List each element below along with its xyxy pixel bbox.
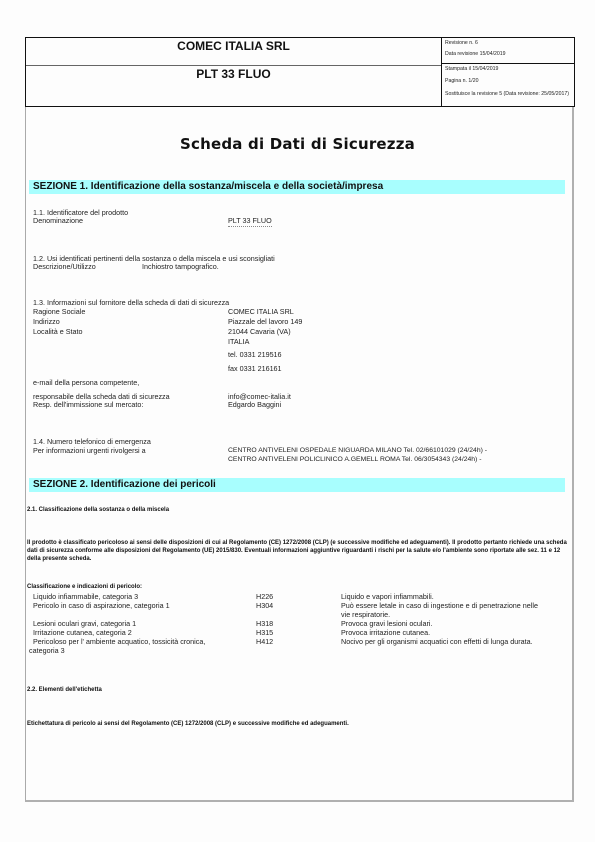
- hazard-statement-0: Liquido e vapori infiammabili.: [341, 592, 434, 601]
- product-name-value: PLT 33 FLUO: [228, 216, 272, 227]
- hazard-class-0: Liquido infiammabile, categoria 3: [33, 592, 138, 601]
- s1-3-heading: 1.3. Informazioni sul fornitore della sc…: [33, 298, 229, 307]
- hazard-class-1: Pericolo in caso di aspirazione, categor…: [33, 601, 170, 610]
- classification-paragraph: Il prodotto è classificato pericoloso ai…: [27, 539, 572, 564]
- product-name: PLT 33 FLUO: [26, 67, 441, 81]
- supplier-value-1: Piazzale del lavoro 149: [228, 317, 302, 326]
- hazard-class-3: Irritazione cutanea, categoria 2: [33, 628, 132, 637]
- section-2-header: SEZIONE 2. Identificazione dei pericoli: [29, 478, 565, 492]
- email-label-1: e-mail della persona competente,: [33, 378, 139, 387]
- supplier-fax: fax 0331 216161: [228, 364, 282, 373]
- meta-divider: [442, 63, 574, 64]
- replaces-revision: Sostituisce la revisione 5 (Data revisio…: [445, 91, 571, 97]
- hazard-code-4: H412: [256, 637, 273, 646]
- supplier-country: ITALIA: [228, 337, 249, 346]
- header-left: COMEC ITALIA SRL PLT 33 FLUO: [26, 38, 442, 106]
- hazard-statement-1b: vie respiratorie.: [341, 610, 390, 619]
- company-name: COMEC ITALIA SRL: [26, 39, 441, 53]
- hazard-code-3: H315: [256, 628, 273, 637]
- hazard-statement-2: Provoca gravi lesioni oculari.: [341, 619, 432, 628]
- supplier-label-0: Ragione Sociale: [33, 307, 85, 316]
- document-header: COMEC ITALIA SRL PLT 33 FLUO Revisione n…: [25, 37, 575, 107]
- hazard-statement-1: Può essere letale in caso di ingestione …: [341, 601, 538, 610]
- supplier-value-0: COMEC ITALIA SRL: [228, 307, 294, 316]
- hazard-code-0: H226: [256, 592, 273, 601]
- supplier-label-2: Località e Stato: [33, 327, 83, 336]
- hazard-statement-3: Provoca irritazione cutanea.: [341, 628, 430, 637]
- supplier-value-2: 21044 Cavaria (VA): [228, 327, 291, 336]
- denominazione-value: PLT 33 FLUO: [228, 216, 272, 225]
- usage-value: Inchiostro tampografico.: [142, 262, 219, 271]
- revision-date: Data revisione 15/04/2019: [445, 51, 571, 57]
- supplier-label-1: Indirizzo: [33, 317, 60, 326]
- hazard-code-2: H318: [256, 619, 273, 628]
- hazard-statement-4: Nocivo per gli organismi acquatici con e…: [341, 637, 533, 646]
- hazard-class-2: Lesioni oculari gravi, categoria 1: [33, 619, 136, 628]
- classification-heading: Classificazione e indicazioni di pericol…: [27, 583, 142, 591]
- hazard-class-4b: categoria 3: [29, 646, 65, 655]
- section-1-header: SEZIONE 1. Identificazione della sostanz…: [29, 180, 565, 194]
- header-meta: Revisione n. 6 Data revisione 15/04/2019…: [442, 38, 574, 106]
- market-value: Edgardo Baggini: [228, 400, 281, 409]
- denominazione-label: Denominazione: [33, 216, 83, 225]
- market-label: Resp. dell'immissione sul mercato:: [33, 400, 143, 409]
- header-company-row: COMEC ITALIA SRL: [26, 38, 441, 66]
- labelling-text: Etichettatura di pericolo ai sensi del R…: [27, 720, 349, 728]
- revision-number: Revisione n. 6: [445, 40, 571, 46]
- emergency-line-0: CENTRO ANTIVELENI OSPEDALE NIGUARDA MILA…: [228, 446, 487, 455]
- section-2-title: SEZIONE 2. Identificazione dei pericoli: [33, 478, 216, 492]
- hazard-class-4: Pericoloso per l' ambiente acquatico, to…: [33, 637, 205, 646]
- usage-label: Descrizione/Utilizzo: [33, 262, 96, 271]
- page-number: Pagina n. 1/20: [445, 78, 571, 84]
- s1-4-heading: 1.4. Numero telefonico di emergenza: [33, 437, 151, 446]
- s2-2-heading: 2.2. Elementi dell'etichetta: [27, 686, 102, 694]
- s2-1-heading: 2.1. Classificazione della sostanza o de…: [27, 506, 169, 514]
- hazard-code-1: H304: [256, 601, 273, 610]
- print-date: Stampata il 15/04/2019: [445, 66, 571, 72]
- emergency-line-1: CENTRO ANTIVELENI POLICLINICO A.GEMELL R…: [228, 455, 481, 464]
- document-title: Scheda di Dati di Sicurezza: [0, 135, 595, 153]
- emergency-label: Per informazioni urgenti rivolgersi a: [33, 446, 146, 455]
- section-1-title: SEZIONE 1. Identificazione della sostanz…: [33, 180, 383, 194]
- supplier-tel: tel. 0331 219516: [228, 350, 282, 359]
